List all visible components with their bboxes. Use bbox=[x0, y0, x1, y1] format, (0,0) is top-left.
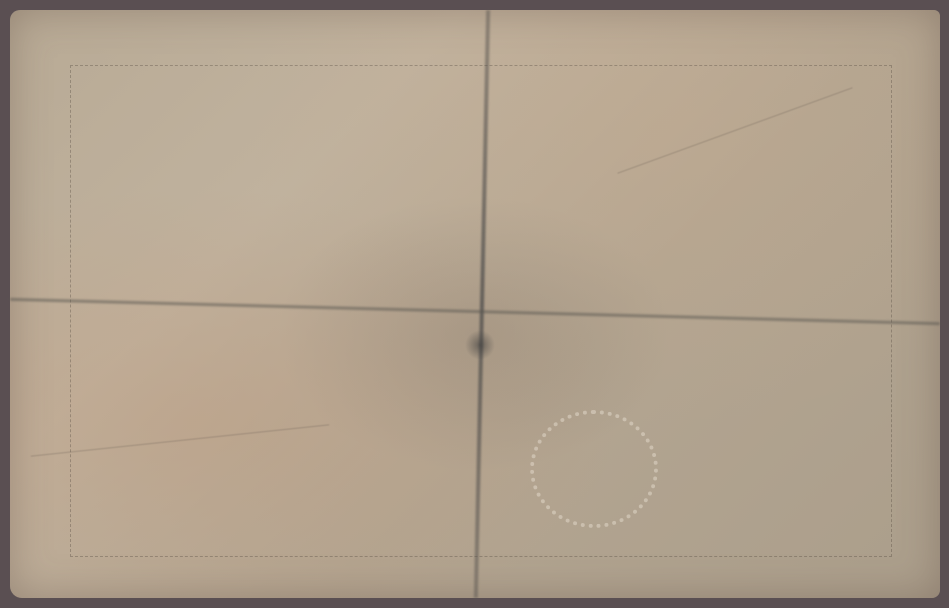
banknote-paper bbox=[10, 10, 940, 598]
crown-seal-icon bbox=[530, 410, 658, 528]
fold-intersection bbox=[465, 330, 495, 360]
